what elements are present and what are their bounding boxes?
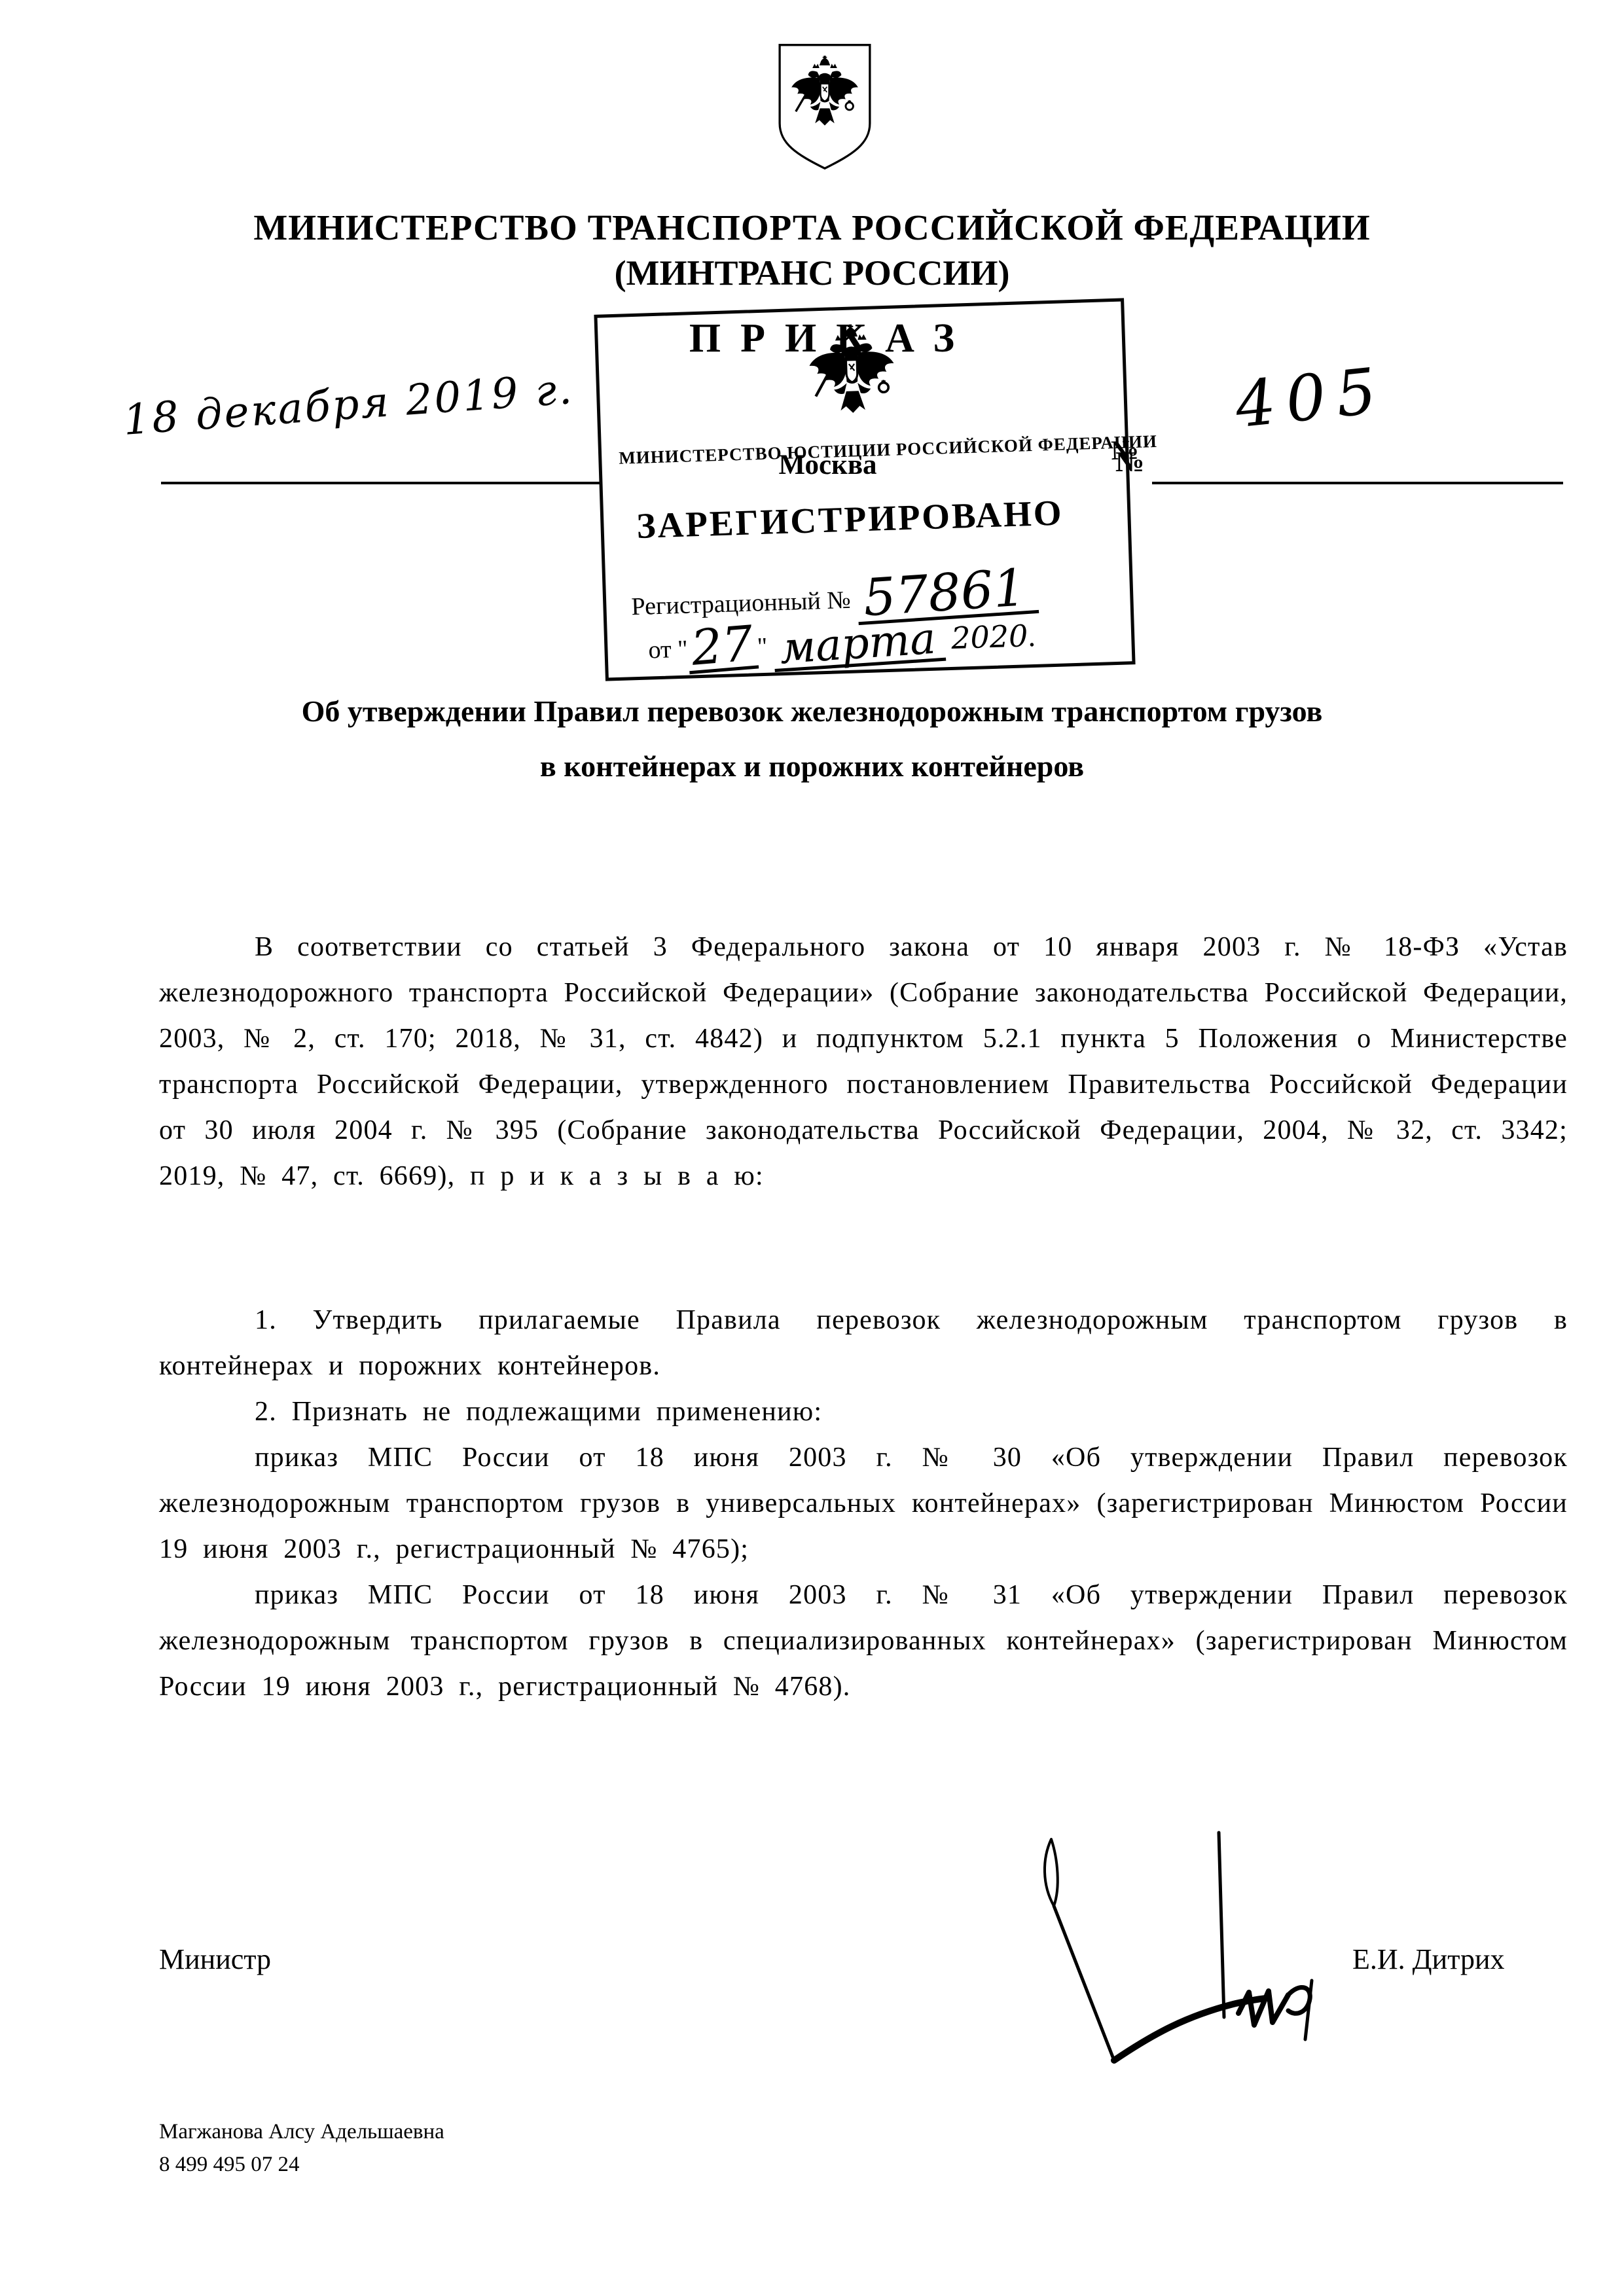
- registration-stamp: МИНИСТЕРСТВО ЮСТИЦИИ РОССИЙСКОЙ ФЕДЕРАЦИ…: [594, 298, 1135, 681]
- body-item-4: приказ МПС России от 18 июня 2003 г. № 3…: [159, 1572, 1568, 1710]
- contact-name: Магжанова Алсу Адельшаевна: [159, 2115, 444, 2148]
- handwritten-order-number: 405: [1232, 353, 1390, 442]
- stamp-quote-close: ": [757, 633, 768, 660]
- document-page: МИНИСТЕРСТВО ТРАНСПОРТА РОССИЙСКОЙ ФЕДЕР…: [0, 0, 1624, 2296]
- contact-block: Магжанова Алсу Адельшаевна 8 499 495 07 …: [159, 2115, 444, 2181]
- body-item-1: 1. Утвердить прилагаемые Правила перевоз…: [159, 1297, 1568, 1389]
- handwritten-date: 18 декабря 2019 г.: [122, 365, 575, 445]
- stamp-number-sign: №: [1111, 435, 1140, 467]
- body-item-2: 2. Признать не подлежащими применению:: [159, 1389, 1568, 1435]
- stamp-eagle-icon: [802, 320, 902, 425]
- stamp-date-day: 27: [686, 623, 759, 675]
- stamp-date-prefix: от: [648, 636, 672, 664]
- number-underline: [1152, 482, 1563, 484]
- body-item-3: приказ МПС России от 18 июня 2003 г. № 3…: [159, 1435, 1568, 1572]
- stamp-ministry-line: МИНИСТЕРСТВО ЮСТИЦИИ РОССИЙСКОЙ ФЕДЕРАЦИ…: [619, 433, 1117, 469]
- stamp-date-year: 2020: [950, 618, 1028, 656]
- minister-post-label: Министр: [159, 1943, 271, 1976]
- stamp-date-month: марта: [772, 620, 947, 672]
- minister-name: Е.И. Дитрих: [1352, 1943, 1505, 1976]
- ministry-short-name: (МИНТРАНС РОССИИ): [0, 253, 1624, 293]
- order-body: В соответствии со статьей 3 Федерального…: [159, 924, 1568, 1710]
- body-paragraph-preamble: В соответствии со статьей 3 Федерального…: [159, 924, 1568, 1199]
- minister-signature-icon: [1016, 1817, 1356, 2072]
- date-underline: [161, 482, 602, 484]
- stamp-date-period: .: [1028, 619, 1036, 653]
- order-title-line2: в контейнерах и порожних контейнеров: [0, 749, 1624, 783]
- stamp-registered-label: ЗАРЕГИСТРИРОВАНО: [636, 492, 1064, 547]
- contact-phone: 8 499 495 07 24: [159, 2148, 444, 2181]
- ministry-name: МИНИСТЕРСТВО ТРАНСПОРТА РОССИЙСКОЙ ФЕДЕР…: [0, 207, 1624, 248]
- coat-of-arms-icon: [771, 38, 878, 175]
- order-title-line1: Об утверждении Правил перевозок железнод…: [0, 694, 1624, 728]
